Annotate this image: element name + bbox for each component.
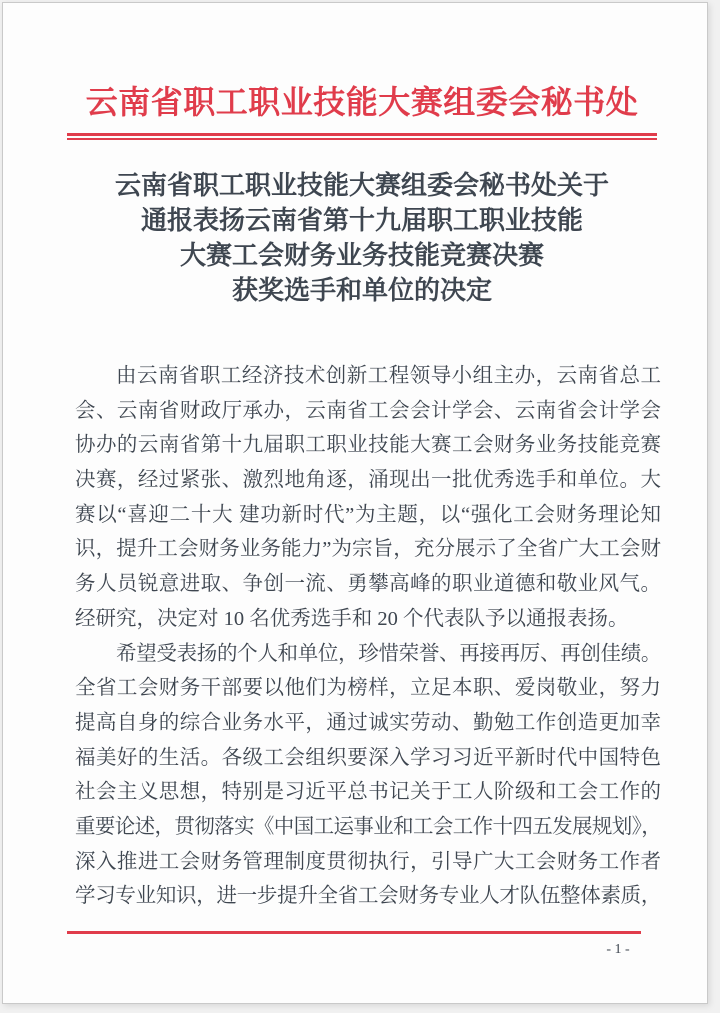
- body-line: 决赛，经过紧张、激烈地角逐，涌现出一批优秀选手和单位。大: [75, 463, 661, 498]
- page-number: - 1 -: [578, 942, 658, 958]
- body-line: 会、云南省财政厅承办，云南省工会会计学会、云南省会计学会: [75, 394, 661, 429]
- body-line: 学习专业知识，进一步提升全省工会财务专业人才队伍整体素质，: [75, 879, 661, 914]
- body-line: 希望受表扬的个人和单位，珍惜荣誉、再接再厉、再创佳绩。: [75, 637, 661, 672]
- body-line: 由云南省职工经济技术创新工程领导小组主办，云南省总工: [75, 359, 661, 394]
- document-body: 由云南省职工经济技术创新工程领导小组主办，云南省总工会、云南省财政厅承办，云南省…: [75, 359, 661, 914]
- body-line: 社会主义思想，特别是习近平总书记关于工人阶级和工会工作的: [75, 775, 661, 810]
- body-line: 务人员锐意进取、争创一流、勇攀高峰的职业道德和敬业风气。: [75, 567, 661, 602]
- title-line: 获奖选手和单位的决定: [67, 273, 657, 308]
- body-line: 福美好的生活。各级工会组织要深入学习习近平新时代中国特色: [75, 741, 661, 776]
- body-line: 协办的云南省第十九届职工职业技能大赛工会财务业务技能竞赛: [75, 428, 661, 463]
- title-line: 大赛工会财务业务技能竞赛决赛: [67, 238, 657, 273]
- body-line: 识，提升工会财务业务能力”为宗旨，充分展示了全省广大工会财: [75, 532, 661, 567]
- document-page: 云南省职工职业技能大赛组委会秘书处 云南省职工职业技能大赛组委会秘书处关于 通报…: [2, 2, 708, 1004]
- body-line: 赛以“喜迎二十大 建功新时代”为主题，以“强化工会财务理论知: [75, 498, 661, 533]
- footer-divider: [67, 931, 641, 934]
- body-line: 经研究，决定对 10 名优秀选手和 20 个代表队予以通报表扬。: [75, 602, 661, 637]
- document-title: 云南省职工职业技能大赛组委会秘书处关于 通报表扬云南省第十九届职工职业技能 大赛…: [67, 168, 657, 308]
- body-line: 提高自身的综合业务水平，通过诚实劳动、勤勉工作创造更加幸: [75, 706, 661, 741]
- title-line: 通报表扬云南省第十九届职工职业技能: [67, 203, 657, 238]
- title-line: 云南省职工职业技能大赛组委会秘书处关于: [67, 168, 657, 203]
- letterhead-issuer: 云南省职工职业技能大赛组委会秘书处: [67, 79, 657, 125]
- body-line: 全省工会财务干部要以他们为榜样，立足本职、爱岗敬业，努力: [75, 671, 661, 706]
- body-line: 深入推进工会财务管理制度贯彻执行，引导广大工会财务工作者: [75, 845, 661, 880]
- letterhead-divider: [67, 133, 657, 140]
- body-line: 重要论述，贯彻落实《中国工运事业和工会工作十四五发展规划》，: [75, 810, 661, 845]
